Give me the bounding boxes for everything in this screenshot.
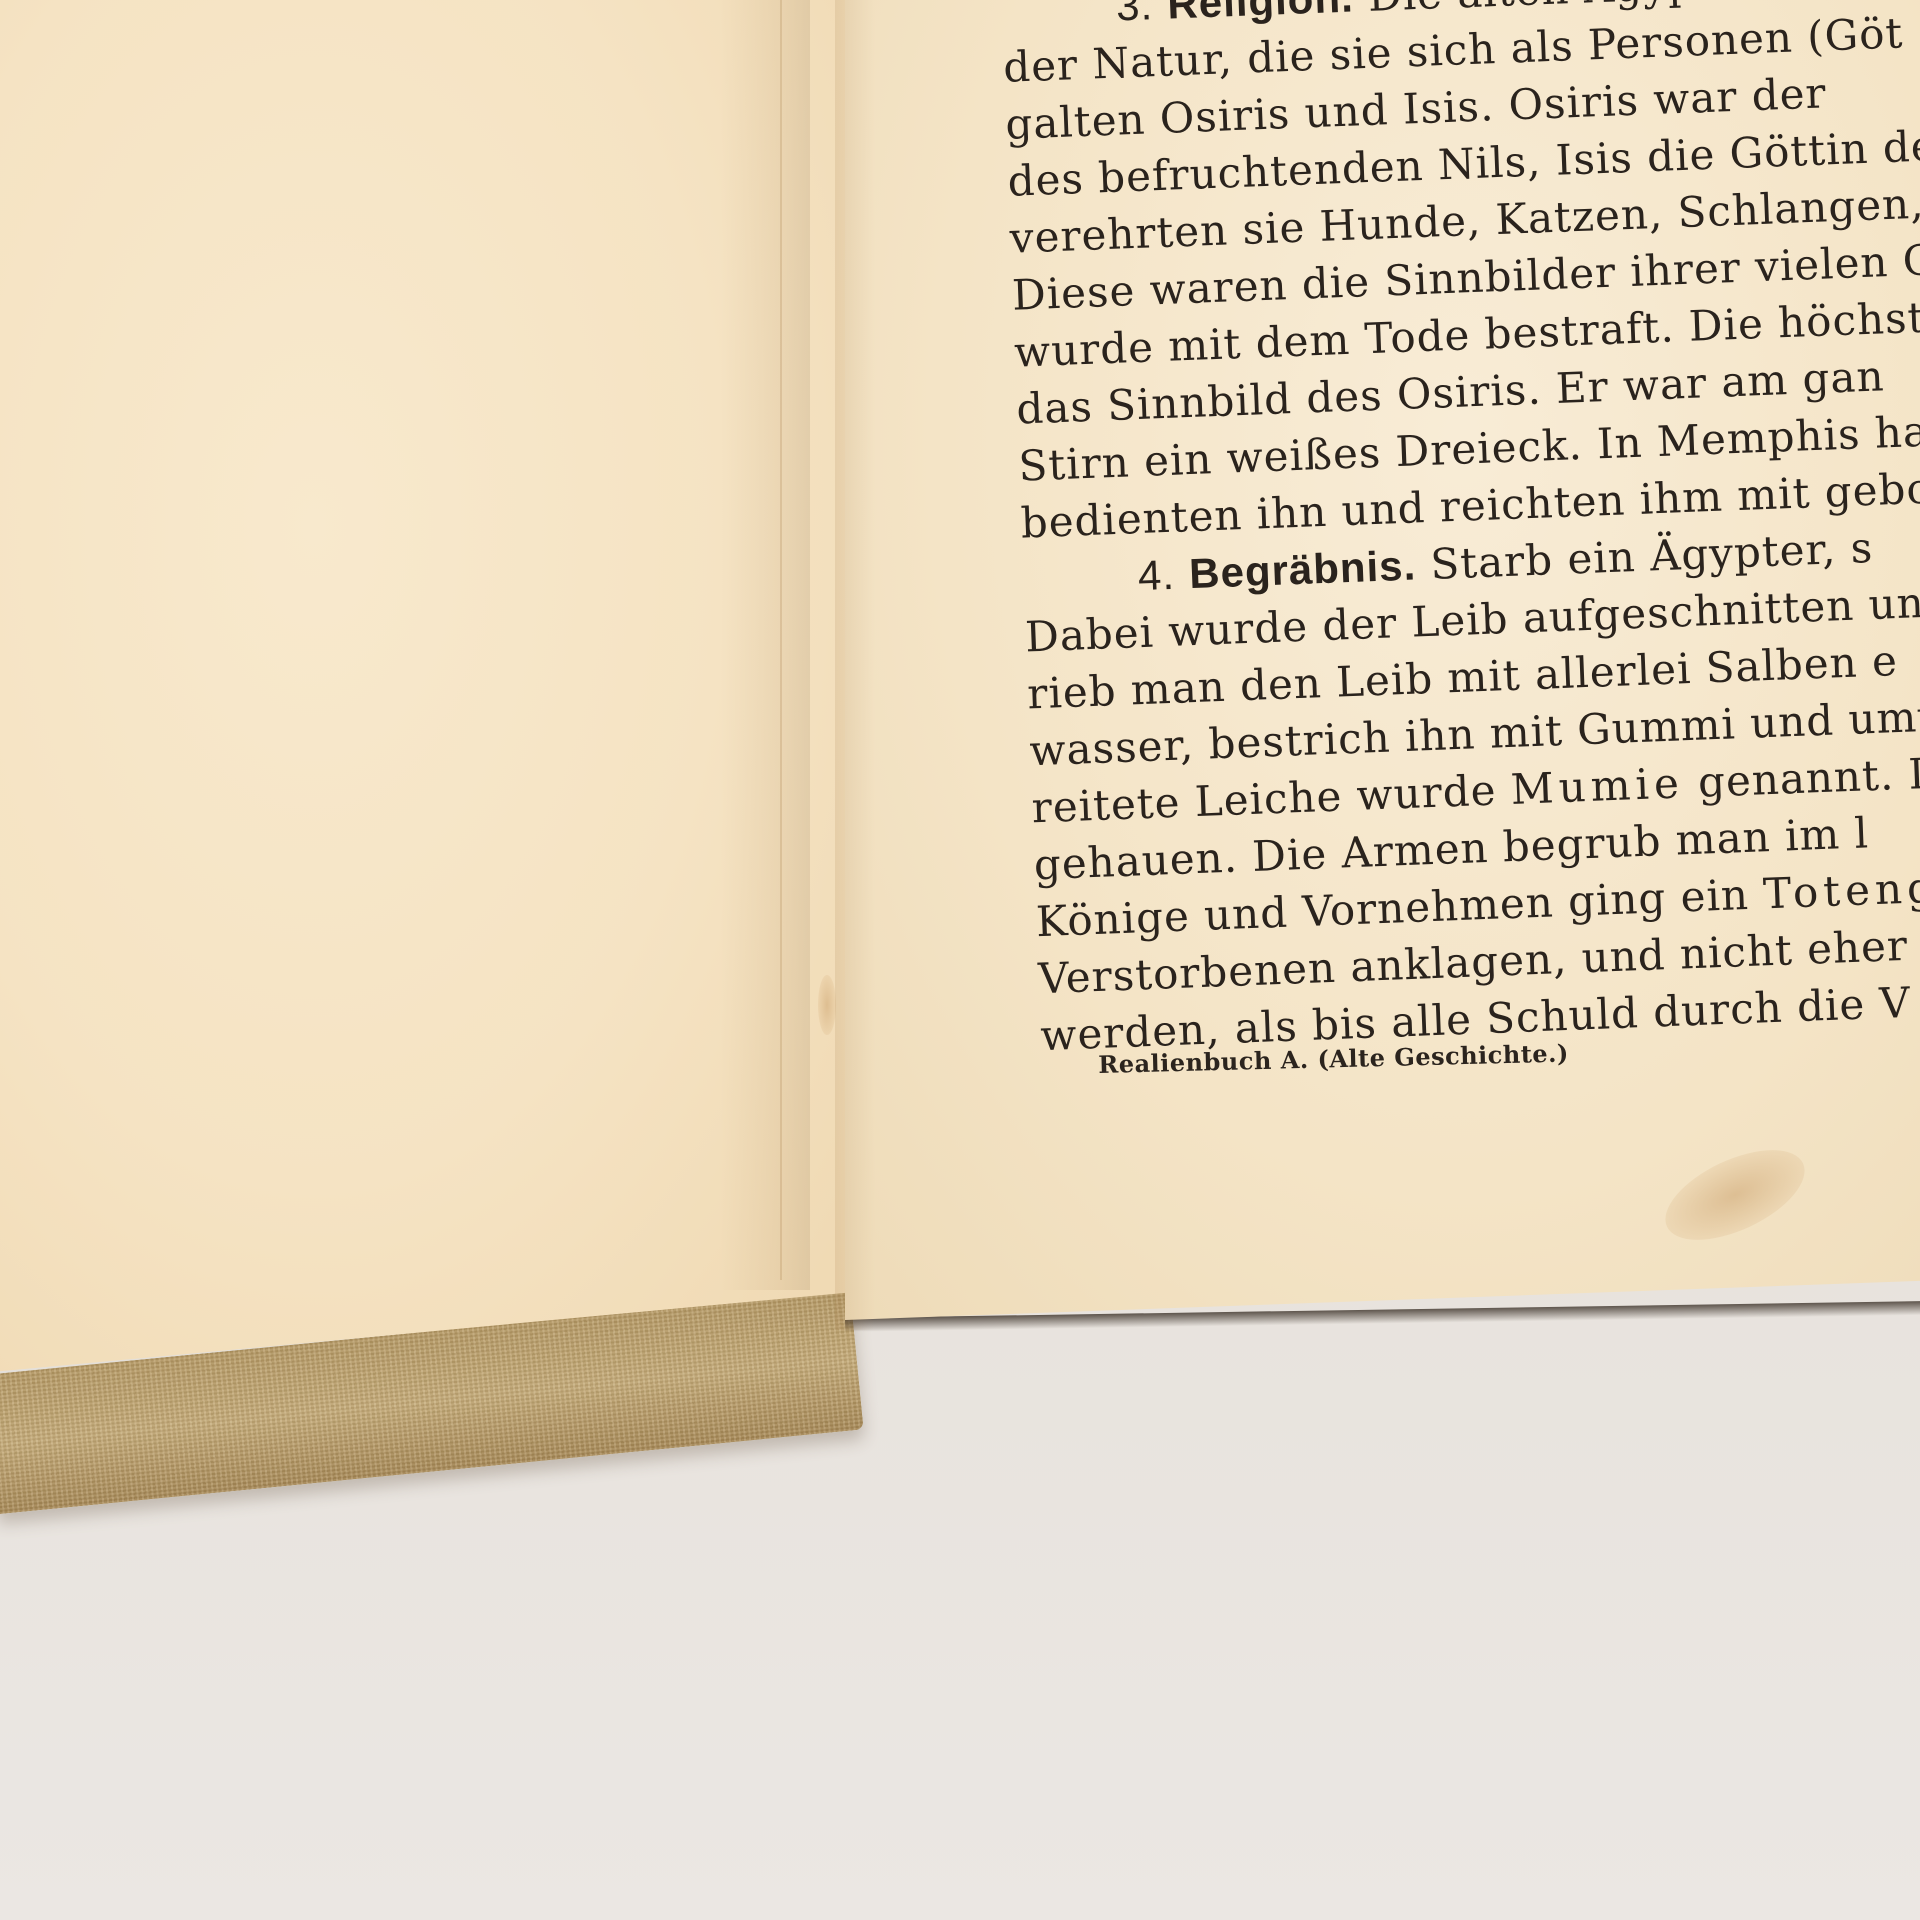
left-page-shadow bbox=[720, 0, 810, 1290]
book-gutter bbox=[835, 0, 875, 1330]
left-page-fold bbox=[780, 0, 782, 1280]
section-number: 3. bbox=[1115, 0, 1154, 30]
book-photo: 3. Religion. Die alten Ägypter ... der N… bbox=[0, 0, 1920, 1920]
left-page bbox=[0, 0, 845, 1375]
emphasized-word: Toteng bbox=[1762, 863, 1920, 919]
line-text: genannt. Die bbox=[1697, 747, 1920, 807]
section-heading: Begräbnis. bbox=[1188, 541, 1417, 597]
foxing-stain bbox=[818, 975, 836, 1035]
page-text: 3. Religion. Die alten Ägypter ... der N… bbox=[1000, 0, 1920, 1064]
section-number: 4. bbox=[1137, 551, 1176, 599]
emphasized-word: Mumie bbox=[1510, 758, 1685, 814]
section-heading: Religion. bbox=[1166, 0, 1354, 28]
